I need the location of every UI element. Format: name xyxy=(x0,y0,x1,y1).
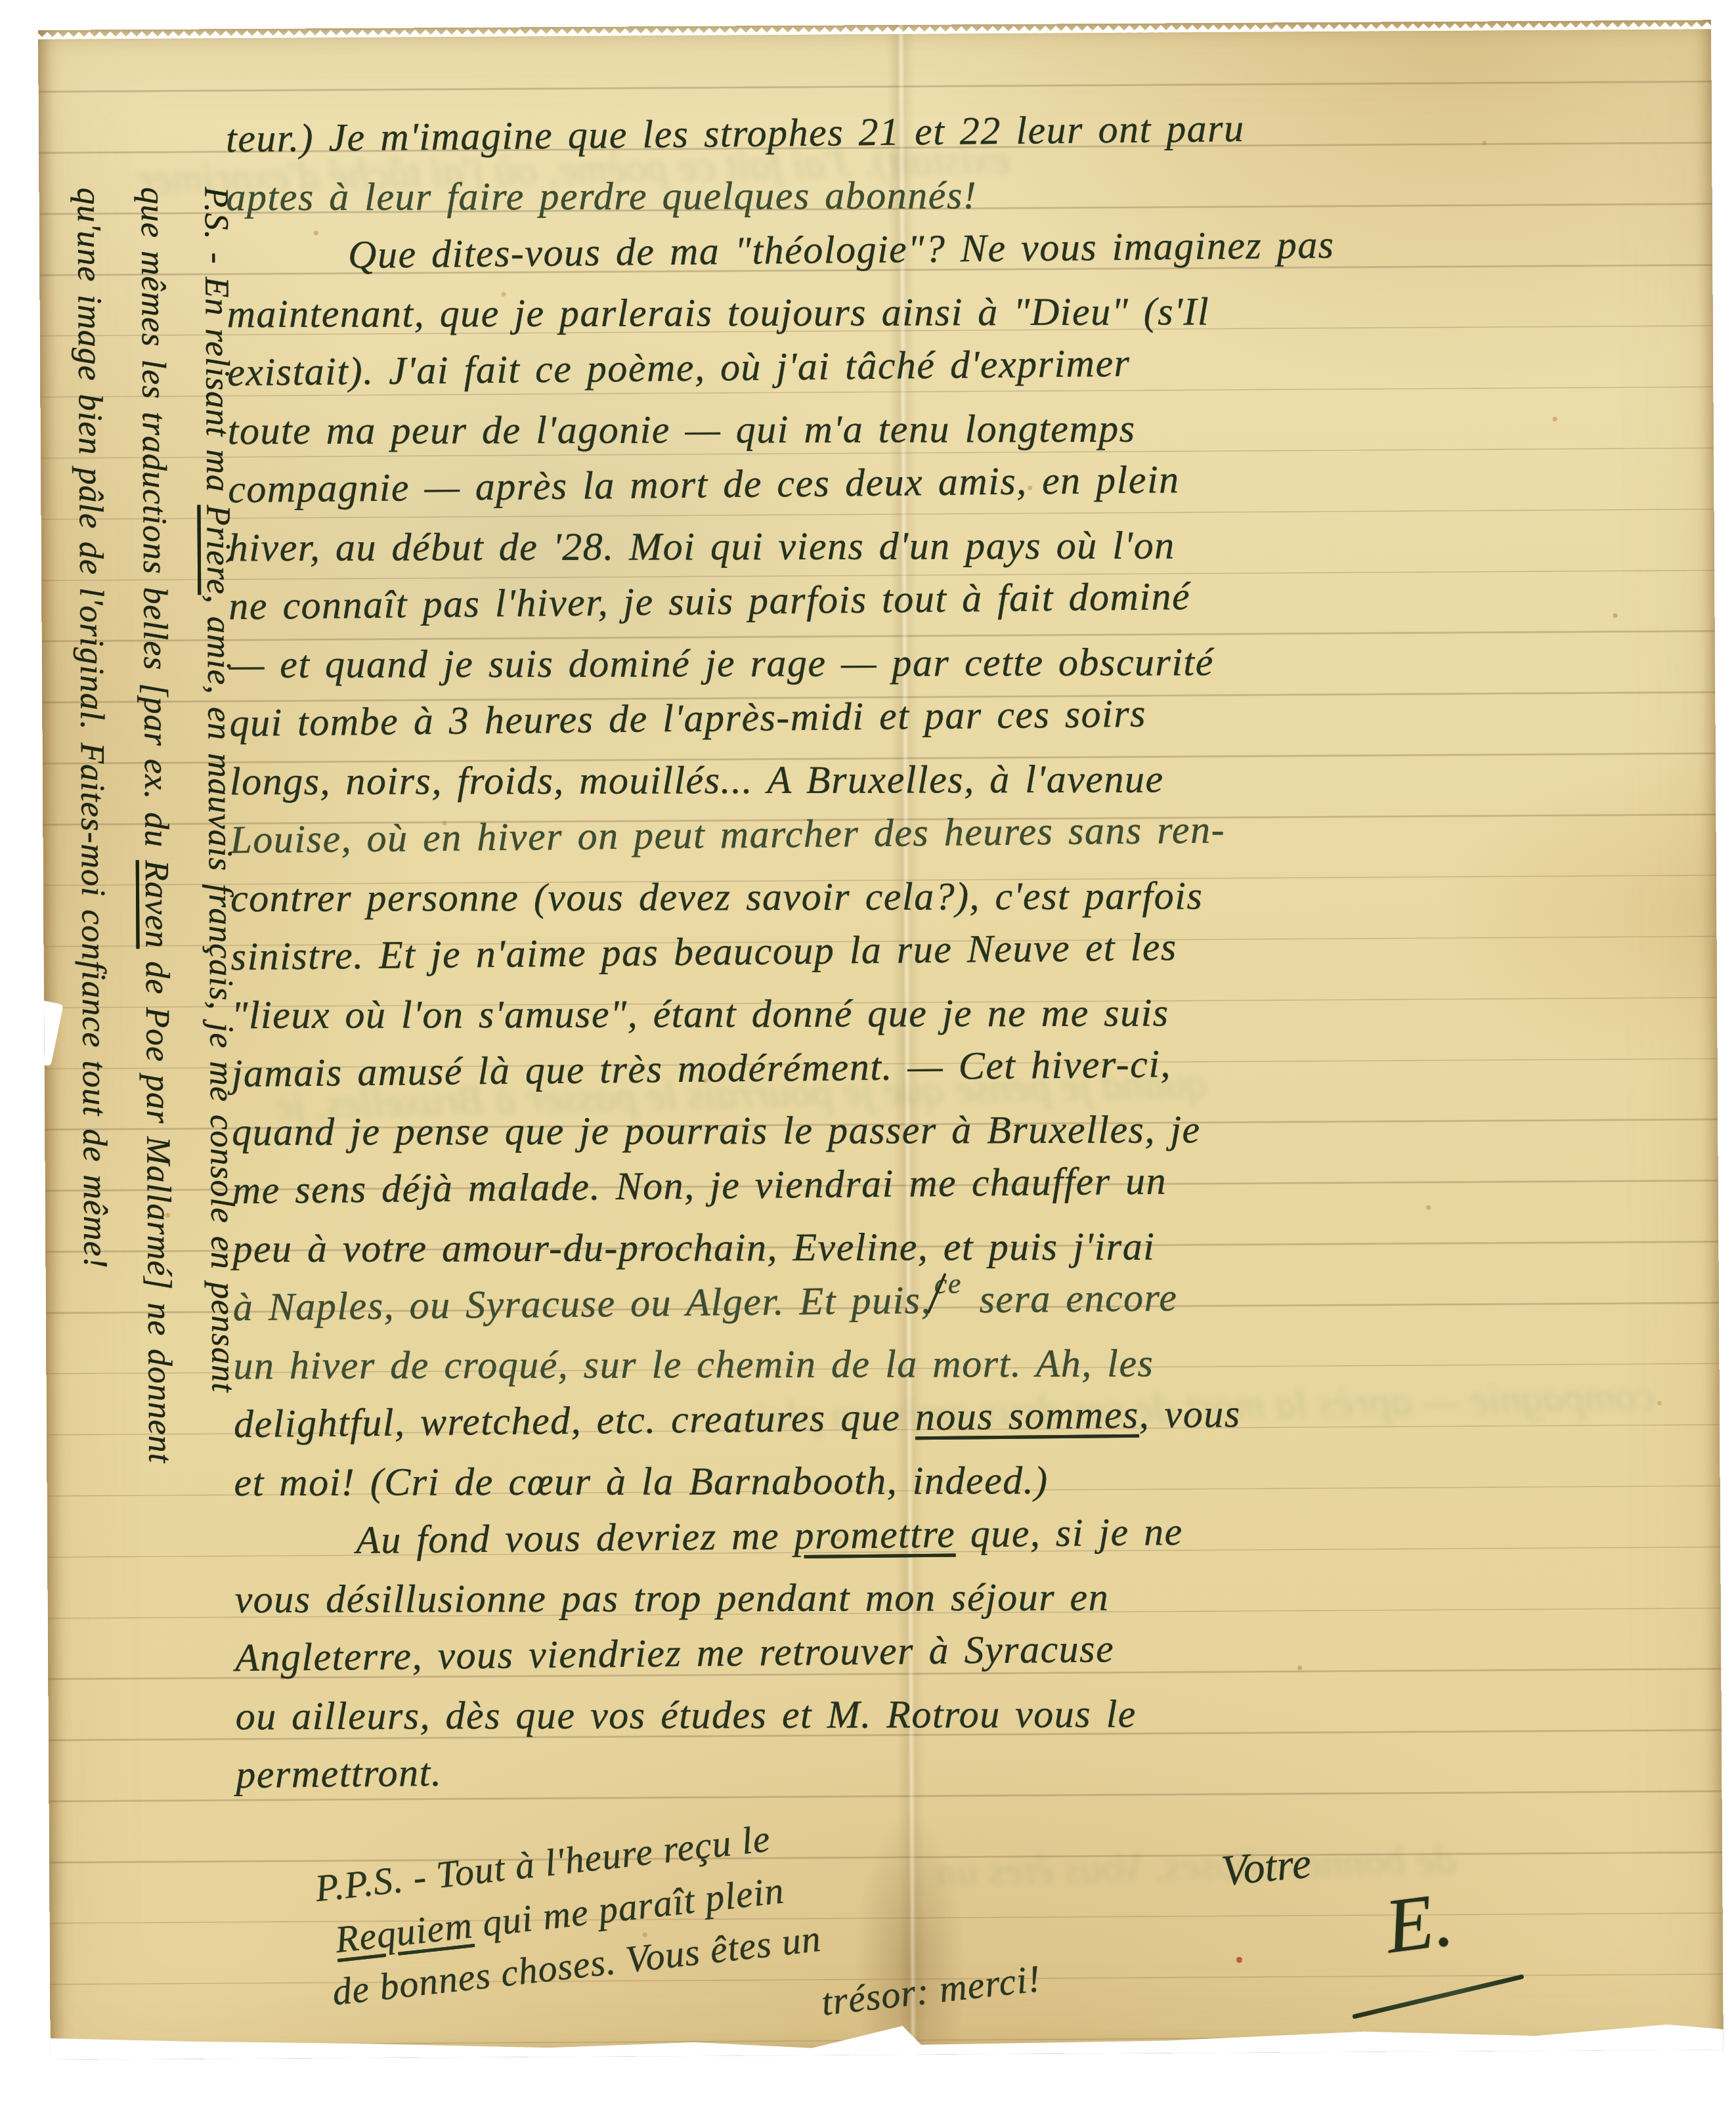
letter-line: ou ailleurs, dès que vos études et M. Ro… xyxy=(236,1684,1137,1746)
signature-votre: Votre xyxy=(1219,1838,1313,1896)
letter-line: ne connaît pas l'hiver, je suis parfois … xyxy=(228,567,1191,635)
letter-line: et moi! (Cri de cœur à la Barnabooth, in… xyxy=(234,1451,1048,1512)
line-text: de Poe par Mallarmé] ne donnent xyxy=(139,949,179,1463)
letter-line: Au fond vous devriez me promettre que, s… xyxy=(356,1502,1184,1570)
torn-bottom-edge xyxy=(49,1965,1724,2060)
letter-line: me sens déjà malade. Non, je viendrai me… xyxy=(232,1151,1167,1220)
letter-line: sinistre. Et je n'aime pas beaucoup la r… xyxy=(230,917,1177,986)
underlined-word: Prière xyxy=(199,505,237,595)
signature-initial: E. xyxy=(1380,1874,1458,1971)
scan-background: existait). J'ai fait ce poème, où j'ai t… xyxy=(0,0,1736,2102)
margin-line: que mêmes les traductions belles [par ex… xyxy=(120,187,195,2039)
line-text: à Naples, ou Syracuse ou Alger. Et puis, xyxy=(233,1278,932,1329)
line-text: delightful, wretched, etc. creatures que xyxy=(234,1395,916,1446)
letter-line: teur.) Je m'imagine que les strophes 21 … xyxy=(226,98,1245,168)
letter-line: compagnie — après la mort de ces deux am… xyxy=(228,450,1180,519)
letter-line: aptes à leur faire perdre quelques abonn… xyxy=(226,165,977,226)
letter-line: jamais amusé là que très modérément. — C… xyxy=(231,1034,1171,1103)
underlined-word: Raven xyxy=(138,860,176,949)
underlined-word: nous sommes xyxy=(915,1393,1139,1439)
letter-page: existait). J'ai fait ce poème, où j'ai t… xyxy=(38,20,1724,2060)
letter-line: existait). J'ai fait ce poème, où j'ai t… xyxy=(227,333,1131,402)
letter-line: Que dites-vous de ma "théologie"? Ne vou… xyxy=(348,215,1335,284)
margin-line: P.S. - En relisant ma Prière, amie, en m… xyxy=(184,186,259,2038)
letter-line: à Naples, ou Syracuse ou Alger. Et puis,… xyxy=(232,1268,1178,1341)
inserted-word: ce xyxy=(934,1255,962,1314)
margin-postscript: P.S. - En relisant ma Prière, amie, en m… xyxy=(56,186,259,2039)
letter-line: qui tombe à 3 heures de l'après-midi et … xyxy=(229,684,1147,753)
letter-line: delightful, wretched, etc. creatures que… xyxy=(234,1384,1242,1453)
letter-line: permettront. xyxy=(236,1743,443,1804)
line-text: que, si je ne xyxy=(955,1510,1183,1556)
line-text: , vous xyxy=(1139,1392,1241,1436)
margin-line: qu'une image bien pâle de l'original. Fa… xyxy=(56,187,131,2039)
letter-line: vous désillusionne pas trop pendant mon … xyxy=(234,1568,1109,1629)
line-text: Au fond vous devriez me xyxy=(356,1514,794,1562)
letter-body: teur.) Je m'imagine que les strophes 21 … xyxy=(38,20,1724,2060)
line-text: que mêmes les traductions belles [par ex… xyxy=(133,187,175,861)
line-text: , amie, en mauvais français, je me conso… xyxy=(200,595,242,1393)
line-text: P.S. - En relisant ma xyxy=(197,186,236,505)
line-text: sera encore xyxy=(965,1276,1178,1321)
letter-line: Louise, où en hiver on peut marcher des … xyxy=(230,800,1225,869)
letter-line: Angleterre, vous viendriez me retrouver … xyxy=(235,1619,1115,1687)
underlined-word: promettre xyxy=(794,1512,955,1558)
